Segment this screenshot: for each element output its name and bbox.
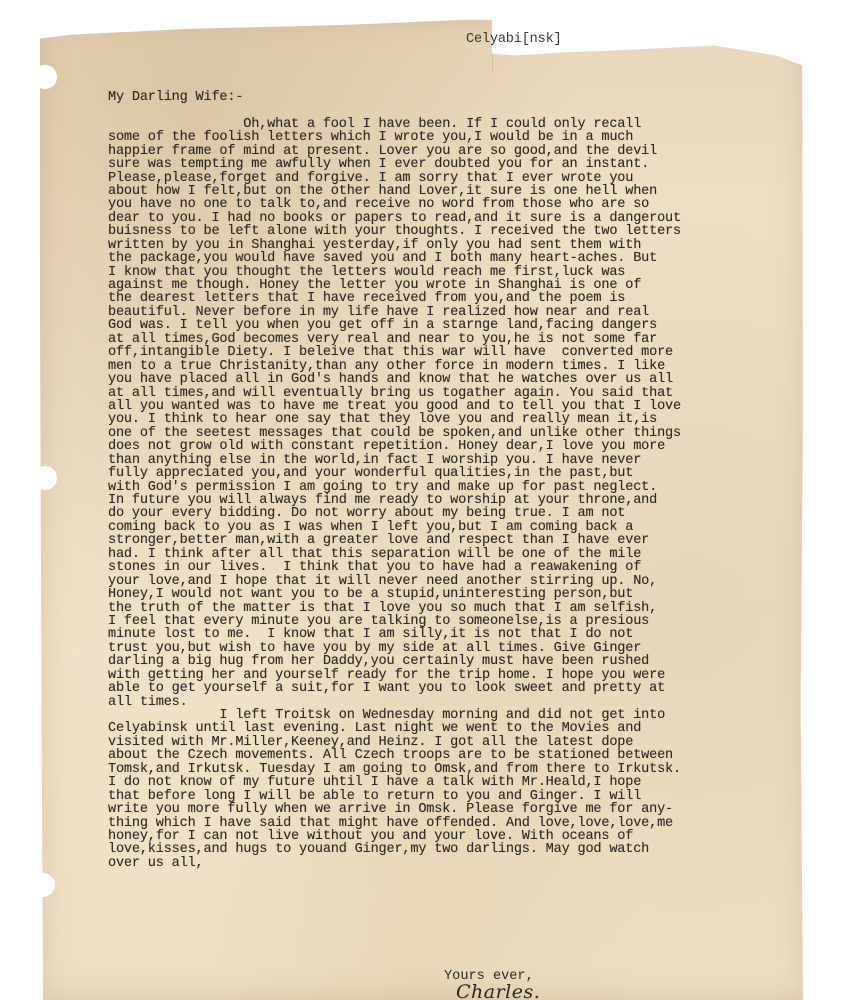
letter-line: that before long I will be able to retur… — [108, 790, 808, 803]
letter-line: off,intangible Diety. I beleive that thi… — [108, 346, 808, 359]
letter-body: My Darling Wife:- Oh,what a fool I have … — [108, 64, 808, 870]
letter-line: fully appreciated you,and your wonderful… — [108, 467, 808, 480]
letter-line: had. I think after all that this separat… — [108, 548, 808, 561]
letter-line: against me though. Honey the letter you … — [108, 279, 808, 292]
letter-line: stones in our lives. I think that you to… — [108, 561, 808, 574]
letter-line: the package,you would have saved you and… — [108, 252, 808, 265]
letter-line: I left Troitsk on Wednesday morning and … — [108, 709, 808, 722]
letter-line: happier frame of mind at present. Lover … — [108, 145, 808, 158]
punch-hole-top — [33, 65, 57, 89]
salutation: My Darling Wife:- — [108, 91, 808, 104]
letter-line: I know that you thought the letters woul… — [108, 266, 808, 279]
letter-line: God was. I tell you when you get off in … — [108, 319, 808, 332]
letter-line: sure was tempting me awfully when I ever… — [108, 158, 808, 171]
letter-line: all you wanted was to have me treat you … — [108, 400, 808, 413]
letter-line: beautiful. Never before in my life have … — [108, 306, 808, 319]
letter-line: buisness to be left alone with your thou… — [108, 225, 808, 238]
letter-line: honey,for I can not live without you and… — [108, 830, 808, 843]
letter-line: does not grow old with constant repetiti… — [108, 440, 808, 453]
letter-line: visited with Mr.Miller,Keeney,and Heinz.… — [108, 736, 808, 749]
letter-line: stronger,better man,with a greater love … — [108, 534, 808, 547]
letter-line: Honey,I would not want you to be a stupi… — [108, 588, 808, 601]
letter-line: Oh,what a fool I have been. If I could o… — [108, 118, 808, 131]
letter-line: thing which I have said that might have … — [108, 817, 808, 830]
letter-line: some of the foolish letters which I wrot… — [108, 131, 808, 144]
punch-hole-bottom — [31, 873, 55, 897]
letter-line: do your every bidding. Do not worry abou… — [108, 507, 808, 520]
letter-line: at all times,God becomes very real and n… — [108, 333, 808, 346]
letter-line: you have no one to talk to,and receive n… — [108, 198, 808, 211]
letter-line: about the Czech movements. All Czech tro… — [108, 749, 808, 762]
letter-line: with getting her and yourself ready for … — [108, 669, 808, 682]
letter-line: darling a big hug from her Daddy,you cer… — [108, 655, 808, 668]
letter-line: Tomsk,and Irkutsk. Tuesday I am going to… — [108, 763, 808, 776]
letter-line: love,kisses,and hugs to youand Ginger,my… — [108, 843, 808, 856]
letter-line: I do not know of my future uhtil I have … — [108, 776, 808, 789]
letter-line: at all times,and will eventually bring u… — [108, 387, 808, 400]
letter-line: minute lost to me. I know that I am sill… — [108, 628, 808, 641]
letter-line: the truth of the matter is that I love y… — [108, 602, 808, 615]
letter-line: Celyabinsk until last evening. Last nigh… — [108, 722, 808, 735]
letter-line: the dearest letters that I have received… — [108, 292, 808, 305]
letter-line: written by you in Shanghai yesterday,if … — [108, 239, 808, 252]
letter-line: your love,and I hope that it will never … — [108, 575, 808, 588]
letter-line: you. I think to hear one say that they l… — [108, 413, 808, 426]
letter-line: trust you,but wish to have you by my sid… — [108, 642, 808, 655]
letter-line: able to get yourself a suit,for I want y… — [108, 682, 808, 695]
letter-line: dear to you. I had no books or papers to… — [108, 212, 808, 225]
letter-line: over us all, — [108, 857, 808, 870]
letter-line: with God's permission I am going to try … — [108, 481, 808, 494]
letter-line: all times. — [108, 696, 808, 709]
punch-hole-middle — [33, 466, 57, 490]
letter-line: one of the seetest messages that could b… — [108, 427, 808, 440]
letter-line: coming back to you as I was when I left … — [108, 521, 808, 534]
letter-line: about how I felt,but on the other hand L… — [108, 185, 808, 198]
letter-line: men to a true Christanity,than any other… — [108, 360, 808, 373]
letter-line: write you more fully when we arrive in O… — [108, 803, 808, 816]
signature: Charles. — [456, 981, 540, 1000]
letter-line: In future you will always find me ready … — [108, 494, 808, 507]
letter-line: Please,please,forget and forgive. I am s… — [108, 172, 808, 185]
letter-line: I feel that every minute you are talking… — [108, 615, 808, 628]
letter-line: than anything else in the world,in fact … — [108, 454, 808, 467]
letter-line: you have placed all in God's hands and k… — [108, 373, 808, 386]
place-header: Celyabi[nsk] — [466, 32, 562, 47]
